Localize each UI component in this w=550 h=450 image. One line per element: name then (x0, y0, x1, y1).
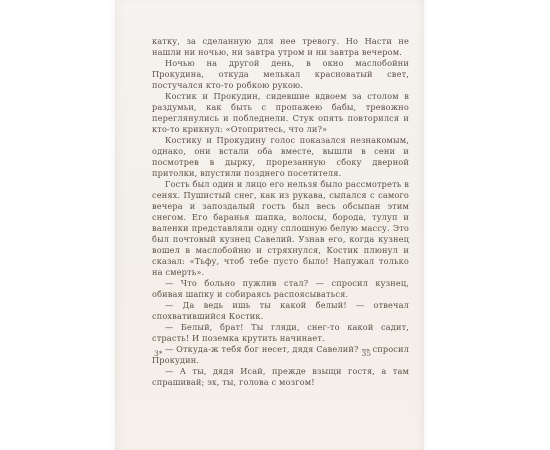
paragraph: Костику и Прокудину голос показался незн… (152, 135, 409, 179)
dialogue-paragraph: — Да ведь ишь ты какой белый! — отвечал … (152, 300, 409, 322)
dialogue-paragraph: — Что больно пужлив стал? — спросил кузн… (152, 278, 409, 300)
book-page: катку, за сделанную для нее тревогу. Но … (115, 0, 424, 450)
dialogue-paragraph: — Белый, брат! Ты гляди, снег-то какой с… (152, 322, 409, 344)
page-number: 35 (361, 349, 371, 358)
paragraph: Костик и Прокудин, сидевшие вдвоем за ст… (152, 91, 409, 135)
photo-background: катку, за сделанную для нее тревогу. Но … (0, 0, 550, 450)
text-block: катку, за сделанную для нее тревогу. Но … (152, 36, 409, 388)
paragraph: Ночью на другой день, в окно маслобойни … (152, 58, 409, 91)
signature-mark: 3* (154, 349, 163, 358)
paragraph: катку, за сделанную для нее тревогу. Но … (152, 36, 409, 58)
page-footer: 3* 35 (152, 349, 409, 358)
paragraph: Гость был один и лицо его нельзя было ра… (152, 179, 409, 278)
dialogue-paragraph: — А ты, дядя Исай, прежде взыщи гостя, а… (152, 366, 409, 388)
